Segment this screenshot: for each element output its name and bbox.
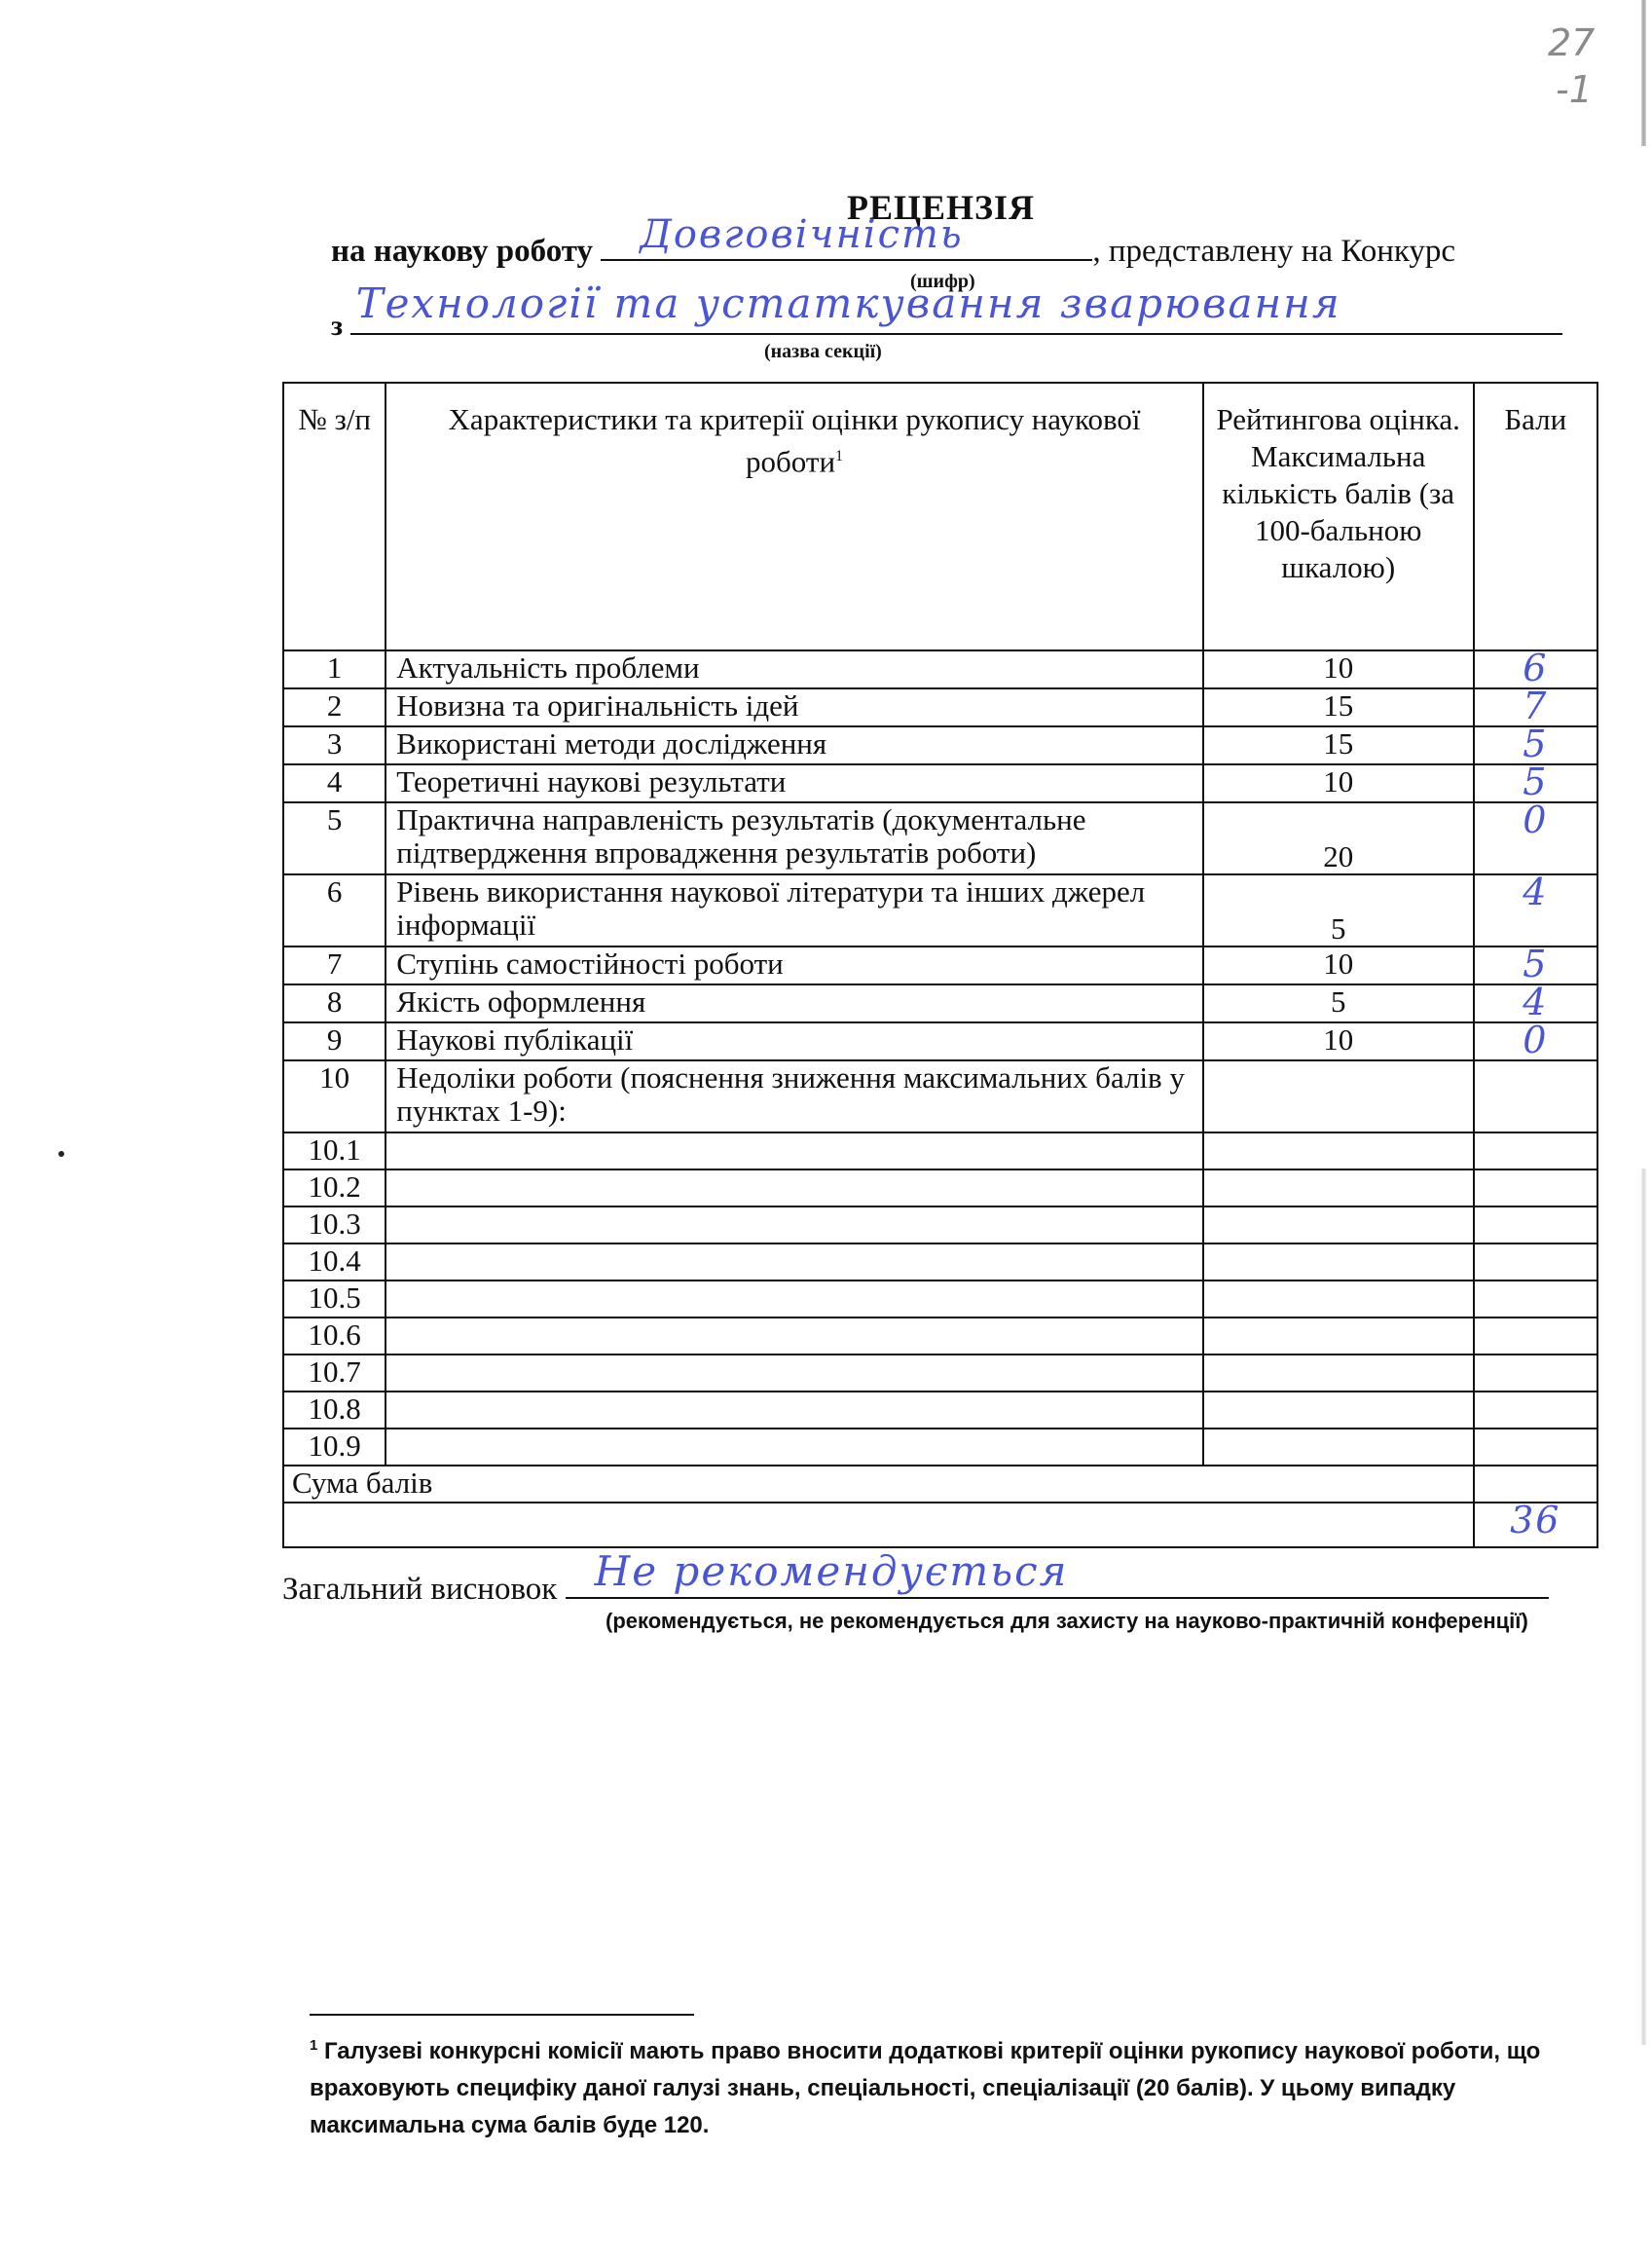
row-points: 6 <box>1523 647 1548 689</box>
scan-edge-shadow <box>1641 1169 1646 2045</box>
table-subrow: 10.6 <box>283 1318 1597 1355</box>
table-subrow: 10.4 <box>283 1243 1597 1280</box>
work-prefix: на наукову роботу <box>331 234 593 269</box>
sum-value-cell[interactable]: 36 <box>1474 1503 1597 1547</box>
sum-label: Сума балів <box>283 1466 1474 1503</box>
table-subrow: 10.7 <box>283 1355 1597 1392</box>
row-num: 4 <box>283 764 385 802</box>
row-criterion: Теоретичні наукові результати <box>385 764 1202 802</box>
row-points: 0 <box>1523 798 1548 841</box>
footnote: 1 Галузеві конкурсні комісії мають право… <box>310 2027 1585 2144</box>
row-max: 15 <box>1203 726 1474 764</box>
header-max: Рейтингова оцінка. Максимальна кількість… <box>1203 383 1474 650</box>
row-criterion: Рівень використання наукової літератури … <box>385 874 1202 946</box>
subrow-max-cell <box>1203 1429 1474 1466</box>
table-subrow: 10.8 <box>283 1392 1597 1429</box>
subrow-num: 10.9 <box>283 1429 385 1466</box>
header-points: Бали <box>1474 383 1597 650</box>
table-row: 7Ступінь самостійності роботи105 <box>283 946 1597 984</box>
subrow-max-cell <box>1203 1169 1474 1206</box>
work-code-field[interactable]: Довговічність <box>601 224 1092 261</box>
row-points-cell[interactable]: 7 <box>1474 688 1597 726</box>
subrow-points-cell[interactable] <box>1474 1355 1597 1392</box>
row-points-cell[interactable]: 4 <box>1474 874 1597 946</box>
subrow-points-cell[interactable] <box>1474 1243 1597 1280</box>
pencil-page-note: 27 -1 <box>1548 19 1595 113</box>
row-max: 5 <box>1203 874 1474 946</box>
row-points-cell[interactable]: 0 <box>1474 802 1597 874</box>
subrow-num: 10.3 <box>283 1206 385 1243</box>
row-points: 4 <box>1523 981 1548 1023</box>
table-row: 3Використані методи дослідження155 <box>283 726 1597 764</box>
subrow-text-cell[interactable] <box>385 1169 1202 1206</box>
row-criterion: Якість оформлення <box>385 984 1202 1022</box>
row-points-cell[interactable] <box>1474 1060 1597 1132</box>
row-points-cell[interactable]: 4 <box>1474 984 1597 1022</box>
row-criterion: Новизна та оригінальність ідей <box>385 688 1202 726</box>
subrow-num: 10.6 <box>283 1318 385 1355</box>
row-criterion: Практична направленість результатів (док… <box>385 802 1202 874</box>
header-num: № з/п <box>283 383 385 650</box>
section-field[interactable]: Технології та устаткування зварювання <box>350 280 1562 335</box>
scan-speck <box>58 1151 64 1157</box>
row-num: 8 <box>283 984 385 1022</box>
subrow-max-cell <box>1203 1280 1474 1318</box>
row-criterion: Недоліки роботи (пояснення зниження макс… <box>385 1060 1202 1132</box>
row-points-cell[interactable]: 5 <box>1474 726 1597 764</box>
subrow-text-cell[interactable] <box>385 1280 1202 1318</box>
table-row: 6Рівень використання наукової літератури… <box>283 874 1597 946</box>
row-max <box>1203 1060 1474 1132</box>
row-num: 5 <box>283 802 385 874</box>
review-form-page: 27 -1 РЕЦЕНЗІЯ на наукову роботу Довгові… <box>0 0 1652 2264</box>
subrow-max-cell <box>1203 1318 1474 1355</box>
work-code-value: Довговічність <box>640 212 963 257</box>
header-criteria: Характеристики та критерії оцінки рукопи… <box>385 383 1202 650</box>
subrow-points-cell[interactable] <box>1474 1132 1597 1169</box>
sum-value: 36 <box>1510 1499 1560 1541</box>
conclusion-label: Загальний висновок <box>282 1572 557 1607</box>
row-num: 9 <box>283 1022 385 1060</box>
table-header-row: № з/п Характеристики та критерії оцінки … <box>283 383 1597 650</box>
subrow-num: 10.4 <box>283 1243 385 1280</box>
row-max: 20 <box>1203 802 1474 874</box>
subrow-text-cell[interactable] <box>385 1318 1202 1355</box>
row-num: 2 <box>283 688 385 726</box>
sum-row: Сума балів <box>283 1466 1597 1503</box>
table-subrow: 10.9 <box>283 1429 1597 1466</box>
subrow-text-cell[interactable] <box>385 1132 1202 1169</box>
row-criterion: Ступінь самостійності роботи <box>385 946 1202 984</box>
subrow-num: 10.8 <box>283 1392 385 1429</box>
subrow-max-cell <box>1203 1355 1474 1392</box>
row-points: 5 <box>1523 723 1548 765</box>
row-num: 1 <box>283 650 385 688</box>
row-num: 6 <box>283 874 385 946</box>
subrow-points-cell[interactable] <box>1474 1206 1597 1243</box>
subrow-text-cell[interactable] <box>385 1429 1202 1466</box>
subrow-num: 10.1 <box>283 1132 385 1169</box>
subrow-text-cell[interactable] <box>385 1243 1202 1280</box>
evaluation-table: № з/п Характеристики та критерії оцінки … <box>282 382 1598 1548</box>
row-points-cell[interactable]: 5 <box>1474 946 1597 984</box>
subrow-max-cell <box>1203 1132 1474 1169</box>
subrow-text-cell[interactable] <box>385 1206 1202 1243</box>
table-row: 10Недоліки роботи (пояснення зниження ма… <box>283 1060 1597 1132</box>
subrow-text-cell[interactable] <box>385 1355 1202 1392</box>
work-line: на наукову роботу Довговічність , предст… <box>331 224 1597 270</box>
conclusion-line: Загальний висновок Не рекомендується <box>282 1558 1606 1608</box>
subrow-num: 10.2 <box>283 1169 385 1206</box>
table-row: 2Новизна та оригінальність ідей157 <box>283 688 1597 726</box>
table-row: 1Актуальність проблеми106 <box>283 650 1597 688</box>
row-num: 7 <box>283 946 385 984</box>
row-max: 10 <box>1203 1022 1474 1060</box>
subrow-max-cell <box>1203 1392 1474 1429</box>
row-points-cell[interactable]: 0 <box>1474 1022 1597 1060</box>
section-value: Технології та устаткування зварювання <box>356 279 1341 327</box>
row-max: 10 <box>1203 946 1474 984</box>
row-points: 0 <box>1523 1019 1548 1061</box>
footnote-text: Галузеві конкурсні комісії мають право в… <box>310 2038 1540 2138</box>
subrow-max-cell <box>1203 1243 1474 1280</box>
row-max: 15 <box>1203 688 1474 726</box>
subrow-points-cell[interactable] <box>1474 1392 1597 1429</box>
table-row: 4Теоретичні наукові результати105 <box>283 764 1597 802</box>
footnote-rule <box>310 2014 694 2016</box>
table-subrow: 10.3 <box>283 1206 1597 1243</box>
subrow-points-cell[interactable] <box>1474 1429 1597 1466</box>
subrow-points-cell[interactable] <box>1474 1280 1597 1318</box>
row-criterion: Актуальність проблеми <box>385 650 1202 688</box>
table-subrow: 10.1 <box>283 1132 1597 1169</box>
table-row: 8Якість оформлення54 <box>283 984 1597 1022</box>
table-row: 5Практична направленість результатів (до… <box>283 802 1597 874</box>
row-max: 10 <box>1203 650 1474 688</box>
subrow-points-cell[interactable] <box>1474 1169 1597 1206</box>
scan-edge-shadow <box>1641 0 1646 146</box>
conclusion-caption: (рекомендується, не рекомендується для з… <box>606 1609 1528 1634</box>
conclusion-value: Не рекомендується <box>595 1547 1069 1595</box>
row-points: 7 <box>1523 685 1548 727</box>
conclusion-field[interactable]: Не рекомендується <box>566 1558 1549 1599</box>
work-suffix: , представлену на Конкурс <box>1092 234 1455 269</box>
row-max: 10 <box>1203 764 1474 802</box>
row-criterion: Наукові публікації <box>385 1022 1202 1060</box>
row-points: 4 <box>1523 871 1548 913</box>
row-criterion: Використані методи дослідження <box>385 726 1202 764</box>
table-subrow: 10.5 <box>283 1280 1597 1318</box>
subrow-max-cell <box>1203 1206 1474 1243</box>
header-criteria-text: Характеристики та критерії оцінки рукопи… <box>449 402 1141 478</box>
row-max: 5 <box>1203 984 1474 1022</box>
sum-total-row: 36 <box>283 1503 1597 1547</box>
table-row: 9Наукові публікації100 <box>283 1022 1597 1060</box>
subrow-num: 10.7 <box>283 1355 385 1392</box>
section-prefix: з <box>331 310 343 342</box>
row-points-cell[interactable]: 5 <box>1474 764 1597 802</box>
pencil-note-line: -1 <box>1556 66 1595 113</box>
table-subrow: 10.2 <box>283 1169 1597 1206</box>
row-points: 5 <box>1523 761 1548 803</box>
row-num: 10 <box>283 1060 385 1132</box>
section-caption: (назва секції) <box>764 341 882 363</box>
pencil-note-line: 27 <box>1548 19 1595 66</box>
row-points-cell[interactable]: 6 <box>1474 650 1597 688</box>
subrow-points-cell[interactable] <box>1474 1318 1597 1355</box>
subrow-num: 10.5 <box>283 1280 385 1318</box>
section-line: з Технології та устаткування зварювання <box>331 280 1597 343</box>
sum-spacer <box>283 1503 1474 1547</box>
subrow-text-cell[interactable] <box>385 1392 1202 1429</box>
footnote-mark: 1 <box>310 2037 317 2054</box>
sum-empty-cell <box>1474 1466 1597 1503</box>
footnote-mark: 1 <box>835 448 843 464</box>
row-num: 3 <box>283 726 385 764</box>
row-points: 5 <box>1523 943 1548 985</box>
